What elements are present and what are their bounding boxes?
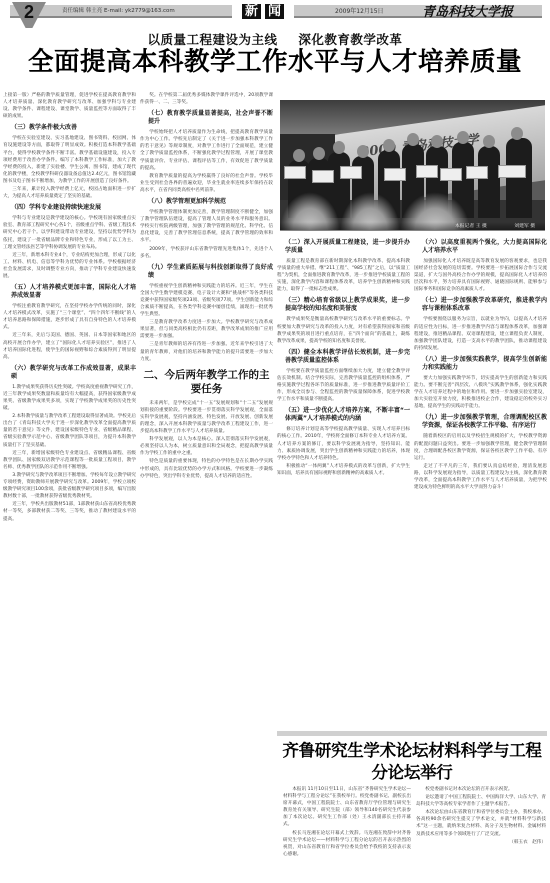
article-paragraph: 科学发展观，以人为本是核心。深入贯彻落实科学发展观，必须坚持以人为本，树立质量意… <box>140 436 273 457</box>
photo-certificate <box>312 170 334 183</box>
article-paragraph: 修订培养计划是高等学校提高教学质量、实现人才培养目标的核心工作。2010年，学校… <box>277 426 410 461</box>
section-heading: （五）进一步优化人才培养方案，不断丰富“一体两翼”人才培养模式的内涵 <box>277 407 410 423</box>
section-logo: 新 闻 <box>232 2 294 20</box>
article-byline: （韩玉衣 赵伟） <box>416 839 546 846</box>
section-heading: （三）精心培育省级以上教学成果奖，进一步提高学校的知名度和美誉度 <box>277 297 410 313</box>
article-paragraph: 积极推动“一体两翼”人才培养模式的改革与创新，扩大学生知识面，培养具有国际视野和… <box>277 463 410 477</box>
second-story-headline: 齐鲁研究生学术论坛材料科学与工程分论坛举行 <box>277 740 547 784</box>
article-paragraph: 要大力加强实践教学环节，切实提高学生的创新能力和实践能力。要不断完善“四层次、八… <box>414 375 547 410</box>
lead-column-1: 上接第一版）严格的教学质量管理，促进学校在提高教育教学和人才培养质量、深化教育教… <box>3 92 136 880</box>
article-paragraph: 上接第一版）严格的教学质量管理，促进学校在提高教育教学和人才培养质量、深化教育教… <box>3 92 136 120</box>
article-paragraph: 学校重视学生创新精神和实践能力的培养。近三年，学生在全国大学生数学建模竞赛、电子… <box>140 283 273 318</box>
section-heading: （六）以高度重视两个强化，大力提高国际化人才培养水平 <box>414 239 547 255</box>
article-paragraph: 质量工程是教育部在新时期深化本科教学改革、提高本科教学质量的重大举措。继“211… <box>277 258 410 293</box>
article-paragraph: 校长马连湘在论坛开幕式上致辞。马连湘在致辞中对齐鲁研究生学术论坛——材料科学与工… <box>283 830 411 858</box>
article-paragraph: 学校在实验室建设、实习基地建设、图书资料、校园网、体育设施建设等方面，都取得了明… <box>3 135 136 185</box>
section-logo-char: 新 <box>242 4 261 19</box>
section-heading: （八）教学管理更加科学规范 <box>140 198 273 206</box>
article-paragraph: 走过了不平凡的三年，我们要认真总结经验，理清发展思路，以科学发展观为指导，以质量… <box>414 463 547 491</box>
article-paragraph: 2.本科教学质量与教学改革工程建设取得显著成效。学校先后出台了《青岛科技大学关于… <box>3 413 136 448</box>
section-heading: （九）进一步加强教学管理，合理调配校区教学资源，保证各校教学工作平稳、有序运行 <box>414 414 547 430</box>
photo-certificate <box>284 166 306 179</box>
article-paragraph: 三年来，累计投入教学经费上亿元，校园占地面积进一步扩大，为提高人才培养质量奠定了… <box>3 186 136 200</box>
article-paragraph: 学科与专业建设是教学建设的核心。学校现有国家级重点实验室、教育部工程研究中心各1… <box>3 215 136 250</box>
photo-certificate <box>440 168 462 181</box>
issue-date: 2009年12月15日 <box>335 6 384 15</box>
section-heading: （八）进一步加强实践教学，提高学生创新能力和实践能力 <box>414 356 547 372</box>
article-paragraph: 教育教学质量的提高为学校赢得了良好的社会声誉。学校毕业生受到社会各界的普遍欢迎，… <box>140 173 273 194</box>
article-paragraph: 1.教学成果奖获得历史性突破。学校高度重视教学研究工作，近三年教学成果奖数量和质… <box>3 384 136 412</box>
section-heading: （二）深入开展质量工程建设，进一步提升办学质量 <box>277 239 410 255</box>
photo-caption-right: 刘建军 摄 <box>514 222 535 231</box>
section-logo-char: 闻 <box>265 4 284 19</box>
second-story-column-2: 校党委副书记对本次论坛的召开表示祝贺。论坛邀请了中国工程院院士、中国海洋大学、山… <box>416 786 546 880</box>
section-heading: （三）教学条件极大改善 <box>3 124 136 132</box>
photo-certificate <box>416 165 438 178</box>
article-paragraph: 本报讯 11月10日至11日，山东省“齐鲁研究生学术论坛—材料科学与工程分论坛”… <box>283 786 411 829</box>
article-paragraph: 奖。在学校第二届优秀多媒体教学课件评选中，20项教学课件获得一、二、三等奖。 <box>140 92 273 106</box>
lead-column-4: （六）以高度重视两个强化，大力提高国际化人才培养水平加强国际化人才培养既是高等教… <box>414 235 547 728</box>
article-paragraph: 学校始终把人才培养质量作为生命线，把提高教育教学质量作为中心工作。学校先后制定了… <box>140 129 273 172</box>
photo-caption-left: 本报记者 王 摄 <box>455 222 487 231</box>
photo-certificate <box>340 166 362 179</box>
section-heading: （五）人才培养模式更加丰富，国际化人才培养成效显著 <box>3 284 136 300</box>
second-story-column-1: 本报讯 11月10日至11日，山东省“齐鲁研究生学术论坛—材料科学与工程分论坛”… <box>283 786 411 880</box>
article-paragraph: 加强国际化人才培养既是高等教育发展的客观要求，也是我国经济社会发展的迫切需要。学… <box>414 258 547 293</box>
article-paragraph: 未来两年，是学校完成“十一五”发展规划和“十二五”发展规划衔接的重要阶段。学校要… <box>140 400 273 435</box>
kicker-part: 深化教育教学改革 <box>298 32 402 47</box>
editor-credit: 责任编辑 韩土亮 E-mail: yk2779@163.com <box>62 6 175 14</box>
article-paragraph: 校党委副书记对本次论坛的召开表示祝贺。 <box>416 786 546 793</box>
article-paragraph: 学校要在教学质量监控方面继续加大力度，建立健全教学评估长效机制。结合学校实际，完… <box>277 368 410 403</box>
article-paragraph: 学校注重教育教学研究，在坚持学校办学传统的同时，深化人才培养模式改革，实施了“三… <box>3 303 136 331</box>
section-two-title: 二、今后两年教学工作的主要任务 <box>140 368 273 396</box>
article-paragraph: 学校要围绕以服务为宗旨，以就业为导向，以提高人才培养的适应性为目标，进一步推进教… <box>414 316 547 351</box>
article-paragraph: 随着新校区的启用以及学校招生规模的扩大，学校教学资源的配置问题日益突出。要进一步… <box>414 433 547 461</box>
article-paragraph: 近三年，新增本科专业4个，专业结构更加合理，形成了以化工、材料、机电、信息等学科… <box>3 252 136 280</box>
article-paragraph: 近三年，学校共出版教材51部，1部教材获山东省高校优秀教材一等奖，多部教材获二等… <box>3 501 136 522</box>
section-heading: （七）教育教学质量显著提高，社会声誉不断提升 <box>140 110 273 126</box>
lead-column-2: 奖。在学校第二届优秀多媒体教学课件评选中，20项教学课件获得一、二、三等奖。（七… <box>140 92 273 880</box>
article-paragraph: 教学成果奖是衡量高校教学研究与改革水平的重要标志。学校要加大教学研究与改革的投入… <box>277 316 410 344</box>
photo-person <box>506 138 532 218</box>
lead-kicker: 以质量工程建设为主线 深化教育教学改革 <box>0 30 550 48</box>
story-divider <box>277 731 547 736</box>
section-heading: （九）学生素质拓展与科技创新取得了良好成绩 <box>140 264 273 280</box>
photo-person <box>478 146 500 218</box>
photo-caption: 本报记者 王 摄 刘建军 摄 <box>280 222 545 231</box>
article-paragraph: 三是青年教师的培养有待进一步加强。近年来学校引进了大量的青年教师，对他们的培养和… <box>140 341 273 362</box>
article-paragraph: 近三年，新增国家级特色专业建设点、省级精品课程、省级教学团队、国家级双语教学示范… <box>3 450 136 471</box>
article-paragraph: 3.教学研究与教学改革项目不断增加。学校每年设立教学研究专项经费，资助教师开展教… <box>3 472 136 500</box>
masthead: 2 责任编辑 韩土亮 E-mail: yk2779@163.com 新 闻 20… <box>0 0 550 22</box>
photo-certificate <box>498 165 526 178</box>
article-paragraph: 学校教学管理体制更加完善，教学管理制度不断健全，加强了教学管理队伍建设，提高了管… <box>140 209 273 244</box>
kicker-part: 以质量工程建设为主线 <box>148 32 278 47</box>
article-paragraph: 近三年来，先后与美国、德国、英国、日本等国家和地区的高校开展合作办学，建立了“国… <box>3 332 136 360</box>
section-heading: （四）健全本科教学评估长效机制，进一步完善教学质量监控体系 <box>277 349 410 365</box>
article-paragraph: 2009年，学校获评山东省教学管理先进集体1个，先进个人多名。 <box>140 246 273 260</box>
photo-certificate <box>384 168 406 181</box>
lead-column-3: （二）深入开展质量工程建设，进一步提升办学质量质量工程是教育部在新时期深化本科教… <box>277 235 410 728</box>
article-paragraph: 论坛邀请了中国工程院院士、中国海洋大学、山东大学、青岛科技大学等高校专家学者作了… <box>416 794 546 808</box>
article-paragraph: 特色是质量的重要体现，特色的办学特色是在长期办学实践中形成的，具有比较优势的办学… <box>140 458 273 479</box>
section-heading: （七）进一步加强教学改革研究，推进教学内容与课程体系改革 <box>414 297 547 313</box>
section-heading: （六）教学研究与改革工作成效显著，成果丰硕 <box>3 365 136 381</box>
section-heading: （四）学科专业建设持续快速发展 <box>3 204 136 212</box>
newspaper-name: 青岛科技大学报 <box>422 1 513 20</box>
article-paragraph: 三是教育教学改革力度进一步加大。学校教学研究与改革成果显著，但与同类高校相比仍有… <box>140 319 273 340</box>
article-paragraph: 本次论坛由山东省教育厅和省学位委员会主办，我校承办。各高校90余名研究生提交了学… <box>416 809 546 837</box>
photo-certificate <box>466 166 488 179</box>
award-ceremony-photo: 2009 青岛科技大学 <box>280 100 545 230</box>
lead-headline: 全面提高本科教学工作水平与人才培养质量 <box>0 47 550 77</box>
